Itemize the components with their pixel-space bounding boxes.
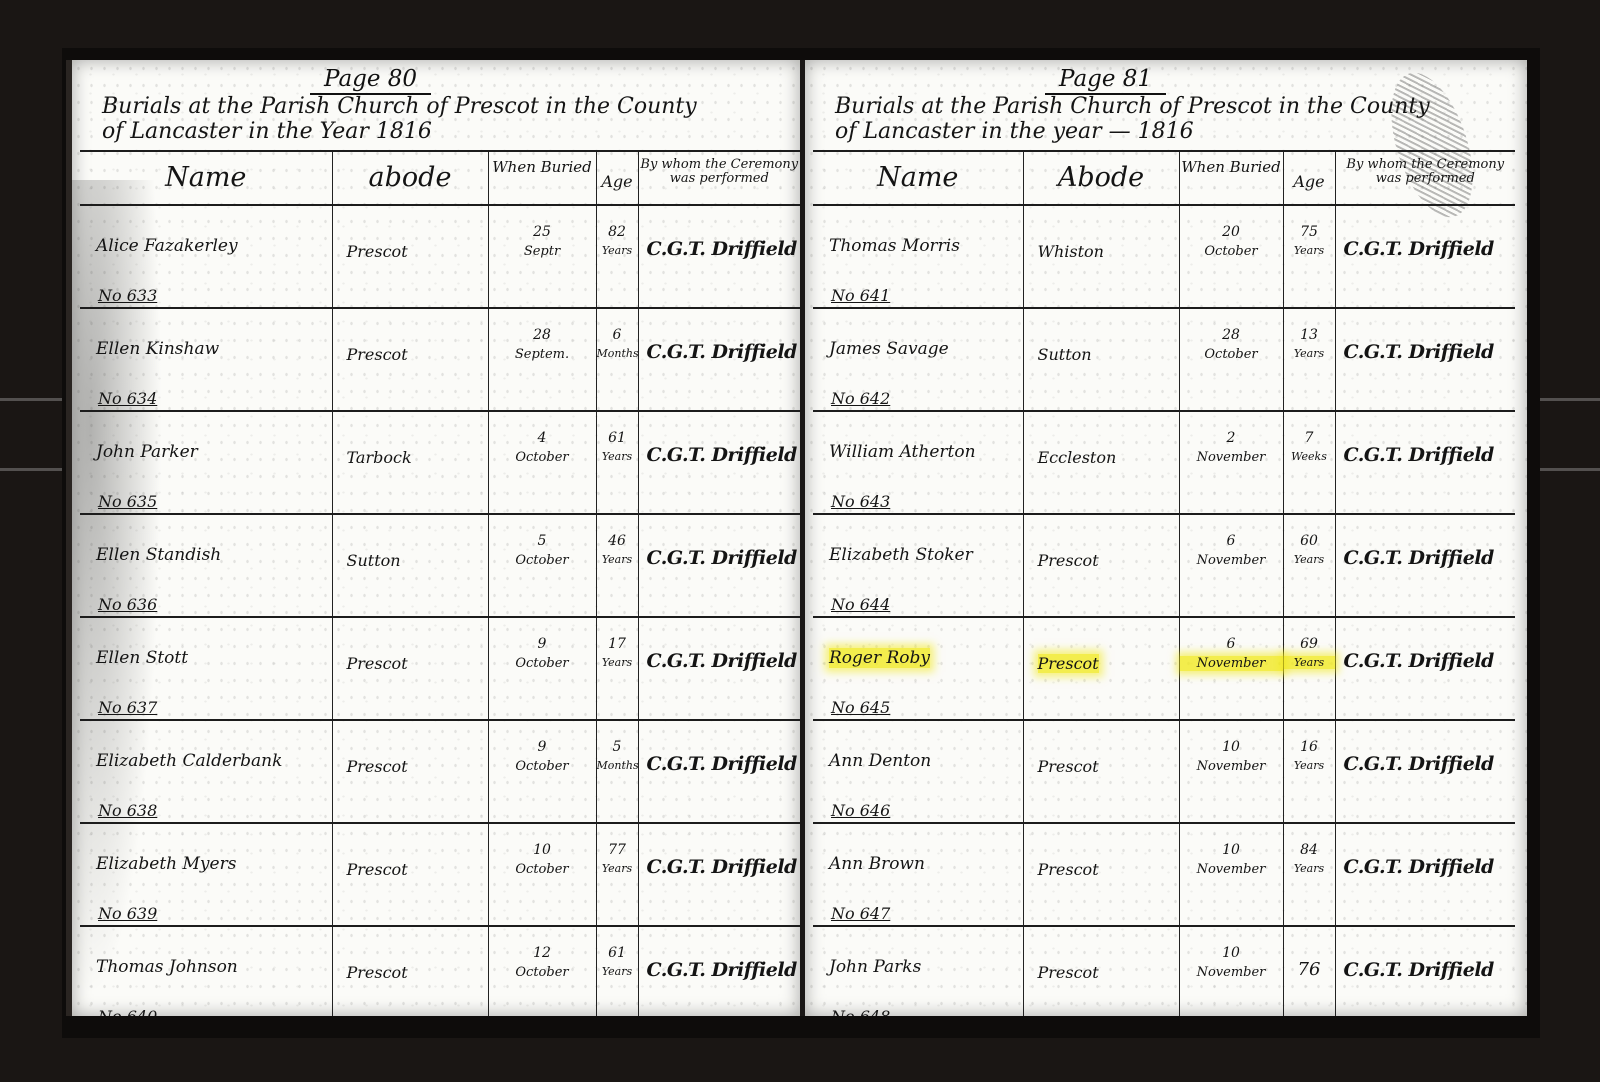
register-entry: William AthertonNo 643 Eccleston 2Novemb… (813, 411, 1515, 514)
heading-line-2: of Lancaster in the year — 1816 (835, 119, 1525, 144)
age-unit: Years (597, 965, 638, 978)
officiant-signature: C.G.T. Driffield (1344, 238, 1494, 260)
entry-abode: Prescot (1038, 963, 1099, 982)
entry-abode: Prescot (347, 242, 408, 261)
burial-month: October (489, 862, 596, 877)
entry-number: No 638 (98, 801, 157, 820)
entry-number: No 648 (831, 1007, 890, 1016)
column-header-when-buried: When Buried (1179, 151, 1283, 205)
register-book: Page 80 Burials at the Parish Church of … (62, 48, 1540, 1038)
entry-abode: Prescot (1038, 551, 1099, 570)
register-entry: James SavageNo 642 Sutton 28October 13Ye… (813, 308, 1515, 411)
officiant-signature: C.G.T. Driffield (647, 444, 797, 466)
burial-day: 10 (1180, 842, 1283, 858)
age-unit: Years (1284, 347, 1335, 360)
entry-name: Ellen Standish (96, 545, 221, 565)
officiant-signature: C.G.T. Driffield (1344, 547, 1494, 569)
age-unit: Years (1284, 656, 1335, 669)
age-value: 6 (597, 327, 638, 343)
heading-line-1: Burials at the Parish Church of Prescot … (102, 94, 792, 119)
column-header-abode: Abode (1023, 151, 1179, 205)
burial-month: November (1180, 759, 1283, 774)
age-value: 69 (1284, 636, 1335, 652)
age-value: 7 (1284, 430, 1335, 446)
entry-name: Roger Roby (829, 648, 930, 668)
entry-name: James Savage (829, 339, 949, 359)
burial-day: 10 (489, 842, 596, 858)
register-entry: Ellen KinshawNo 634 Prescot 28Septem. 6M… (80, 308, 800, 411)
age-value: 77 (597, 842, 638, 858)
entry-name: Ellen Kinshaw (96, 339, 219, 359)
age-value: 61 (597, 945, 638, 961)
burial-month: November (1180, 965, 1283, 980)
register-entry: Ellen StandishNo 636 Sutton 5October 46Y… (80, 514, 800, 617)
burial-day: 9 (489, 739, 596, 755)
age-value: 75 (1284, 224, 1335, 240)
age-unit: Months (597, 759, 638, 772)
entry-abode: Whiston (1038, 242, 1104, 261)
header-row: Name abode When Buried Age By whom the C… (80, 151, 800, 205)
page-heading: Burials at the Parish Church of Prescot … (102, 94, 792, 144)
entry-number: No 643 (831, 492, 890, 511)
column-header-age: Age (596, 151, 638, 205)
register-entry: Ann BrownNo 647 Prescot 10November 84Yea… (813, 823, 1515, 926)
age-value: 82 (597, 224, 638, 240)
page-number: Page 80 (310, 66, 431, 95)
age-unit: Years (597, 553, 638, 566)
officiant-signature: C.G.T. Driffield (647, 753, 797, 775)
burial-month: Septem. (489, 347, 596, 362)
officiant-signature: C.G.T. Driffield (1344, 444, 1494, 466)
heading-line-2: of Lancaster in the Year 1816 (102, 119, 792, 144)
burial-day: 12 (489, 945, 596, 961)
burial-month: November (1180, 656, 1283, 671)
officiant-signature: C.G.T. Driffield (647, 856, 797, 878)
register-entry: Thomas JohnsonNo 640 Prescot 12October 6… (80, 926, 800, 1016)
age-unit: Years (1284, 862, 1335, 875)
entry-abode: Prescot (1038, 860, 1099, 879)
burial-month: November (1180, 862, 1283, 877)
register-entry-highlighted: Roger RobyNo 645 Prescot 6November 69Yea… (813, 617, 1515, 720)
burial-day: 4 (489, 430, 596, 446)
officiant-signature: C.G.T. Driffield (647, 547, 797, 569)
entry-name: Thomas Morris (829, 236, 960, 256)
officiant-signature: C.G.T. Driffield (647, 238, 797, 260)
officiant-signature: C.G.T. Driffield (1344, 856, 1494, 878)
officiant-signature: C.G.T. Driffield (647, 341, 797, 363)
officiant-signature: C.G.T. Driffield (1344, 959, 1494, 981)
register-entry: Elizabeth StokerNo 644 Prescot 6November… (813, 514, 1515, 617)
page-heading: Burials at the Parish Church of Prescot … (835, 94, 1525, 144)
register-entry: John ParkerNo 635 Tarbock 4October 61Yea… (80, 411, 800, 514)
burial-month: October (1180, 347, 1283, 362)
burial-day: 6 (1180, 533, 1283, 549)
entry-number: No 639 (98, 904, 157, 923)
entry-number: No 642 (831, 389, 890, 408)
entry-abode: Prescot (347, 654, 408, 673)
entry-name: Ellen Stott (96, 648, 188, 668)
burial-month: October (1180, 244, 1283, 259)
entry-name: John Parks (829, 957, 921, 977)
entry-name: Elizabeth Stoker (829, 545, 973, 565)
age-value: 13 (1284, 327, 1335, 343)
officiant-signature: C.G.T. Driffield (647, 959, 797, 981)
entry-abode: Prescot (347, 757, 408, 776)
entry-abode: Prescot (347, 860, 408, 879)
entry-abode: Prescot (1038, 654, 1099, 673)
burial-day: 28 (489, 327, 596, 343)
burial-month: October (489, 759, 596, 774)
burial-month: Septr (489, 244, 596, 259)
entry-name: John Parker (96, 442, 198, 462)
register-entry: Ellen StottNo 637 Prescot 9October 17Yea… (80, 617, 800, 720)
right-page: Page 81 Burials at the Parish Church of … (800, 60, 1527, 1016)
age-unit: Years (597, 862, 638, 875)
age-unit: Years (597, 656, 638, 669)
age-unit: Years (597, 450, 638, 463)
entry-name: Ann Denton (829, 751, 931, 771)
column-header-officiant: By whom the Ceremony was performed (1335, 151, 1515, 205)
column-header-when-buried: When Buried (488, 151, 596, 205)
register-entry: John ParksNo 648 Prescot 10November 76 C… (813, 926, 1515, 1016)
burial-day: 2 (1180, 430, 1283, 446)
register-entry: Thomas MorrisNo 641 Whiston 20October 75… (813, 205, 1515, 308)
entry-abode: Sutton (1038, 345, 1092, 364)
entry-number: No 634 (98, 389, 157, 408)
entry-name: Elizabeth Myers (96, 854, 236, 874)
entry-number: No 645 (831, 698, 890, 717)
column-header-officiant: By whom the Ceremony was performed (638, 151, 800, 205)
entry-number: No 633 (98, 286, 157, 305)
register-entry: Elizabeth MyersNo 639 Prescot 10October … (80, 823, 800, 926)
officiant-signature: C.G.T. Driffield (1344, 650, 1494, 672)
heading-line-1: Burials at the Parish Church of Prescot … (835, 94, 1525, 119)
column-header-abode: abode (332, 151, 488, 205)
entry-name: Ann Brown (829, 854, 925, 874)
entry-abode: Prescot (347, 963, 408, 982)
age-value: 17 (597, 636, 638, 652)
page-number: Page 81 (1045, 66, 1166, 95)
entry-name: Thomas Johnson (96, 957, 238, 977)
age-value: 61 (597, 430, 638, 446)
entry-number: No 646 (831, 801, 890, 820)
burial-month: November (1180, 553, 1283, 568)
register-entry: Elizabeth CalderbankNo 638 Prescot 9Octo… (80, 720, 800, 823)
entry-abode: Prescot (347, 345, 408, 364)
entry-number: No 635 (98, 492, 157, 511)
entry-abode: Tarbock (347, 448, 412, 467)
burial-day: 10 (1180, 739, 1283, 755)
entry-number: No 647 (831, 904, 890, 923)
entry-number: No 644 (831, 595, 890, 614)
entry-name: William Atherton (829, 442, 976, 462)
burial-day: 25 (489, 224, 596, 240)
age-value: 84 (1284, 842, 1335, 858)
age-value: 76 (1284, 959, 1335, 980)
column-header-name: Name (80, 151, 332, 205)
officiant-signature: C.G.T. Driffield (1344, 341, 1494, 363)
age-unit: Years (1284, 553, 1335, 566)
entry-abode: Prescot (1038, 757, 1099, 776)
header-row: Name Abode When Buried Age By whom the C… (813, 151, 1515, 205)
age-value: 16 (1284, 739, 1335, 755)
entry-abode: Eccleston (1038, 448, 1117, 467)
entry-number: No 640 (98, 1007, 157, 1016)
burial-month: October (489, 656, 596, 671)
column-header-age: Age (1283, 151, 1335, 205)
entry-number: No 641 (831, 286, 890, 305)
register-entry: Ann DentonNo 646 Prescot 10November 16Ye… (813, 720, 1515, 823)
burial-day: 6 (1180, 636, 1283, 652)
burial-month: October (489, 965, 596, 980)
age-value: 46 (597, 533, 638, 549)
age-unit: Years (597, 244, 638, 257)
entry-name: Elizabeth Calderbank (96, 751, 282, 771)
burial-day: 28 (1180, 327, 1283, 343)
burial-month: November (1180, 450, 1283, 465)
entry-number: No 636 (98, 595, 157, 614)
age-unit: Years (1284, 244, 1335, 257)
burial-register-table: Name Abode When Buried Age By whom the C… (813, 150, 1515, 1016)
left-page: Page 80 Burials at the Parish Church of … (66, 60, 800, 1016)
age-unit: Months (597, 347, 638, 360)
age-value: 60 (1284, 533, 1335, 549)
column-header-name: Name (813, 151, 1023, 205)
officiant-signature: C.G.T. Driffield (647, 650, 797, 672)
age-unit: Years (1284, 759, 1335, 772)
entry-abode: Sutton (347, 551, 401, 570)
age-unit: Weeks (1284, 450, 1335, 463)
entry-name: Alice Fazakerley (96, 236, 238, 256)
burial-day: 20 (1180, 224, 1283, 240)
burial-day: 5 (489, 533, 596, 549)
officiant-signature: C.G.T. Driffield (1344, 753, 1494, 775)
burial-day: 10 (1180, 945, 1283, 961)
burial-day: 9 (489, 636, 596, 652)
burial-month: October (489, 450, 596, 465)
entry-number: No 637 (98, 698, 157, 717)
burial-register-table: Name abode When Buried Age By whom the C… (80, 150, 800, 1016)
age-value: 5 (597, 739, 638, 755)
register-entry: Alice FazakerleyNo 633 Prescot 25Septr 8… (80, 205, 800, 308)
burial-month: October (489, 553, 596, 568)
